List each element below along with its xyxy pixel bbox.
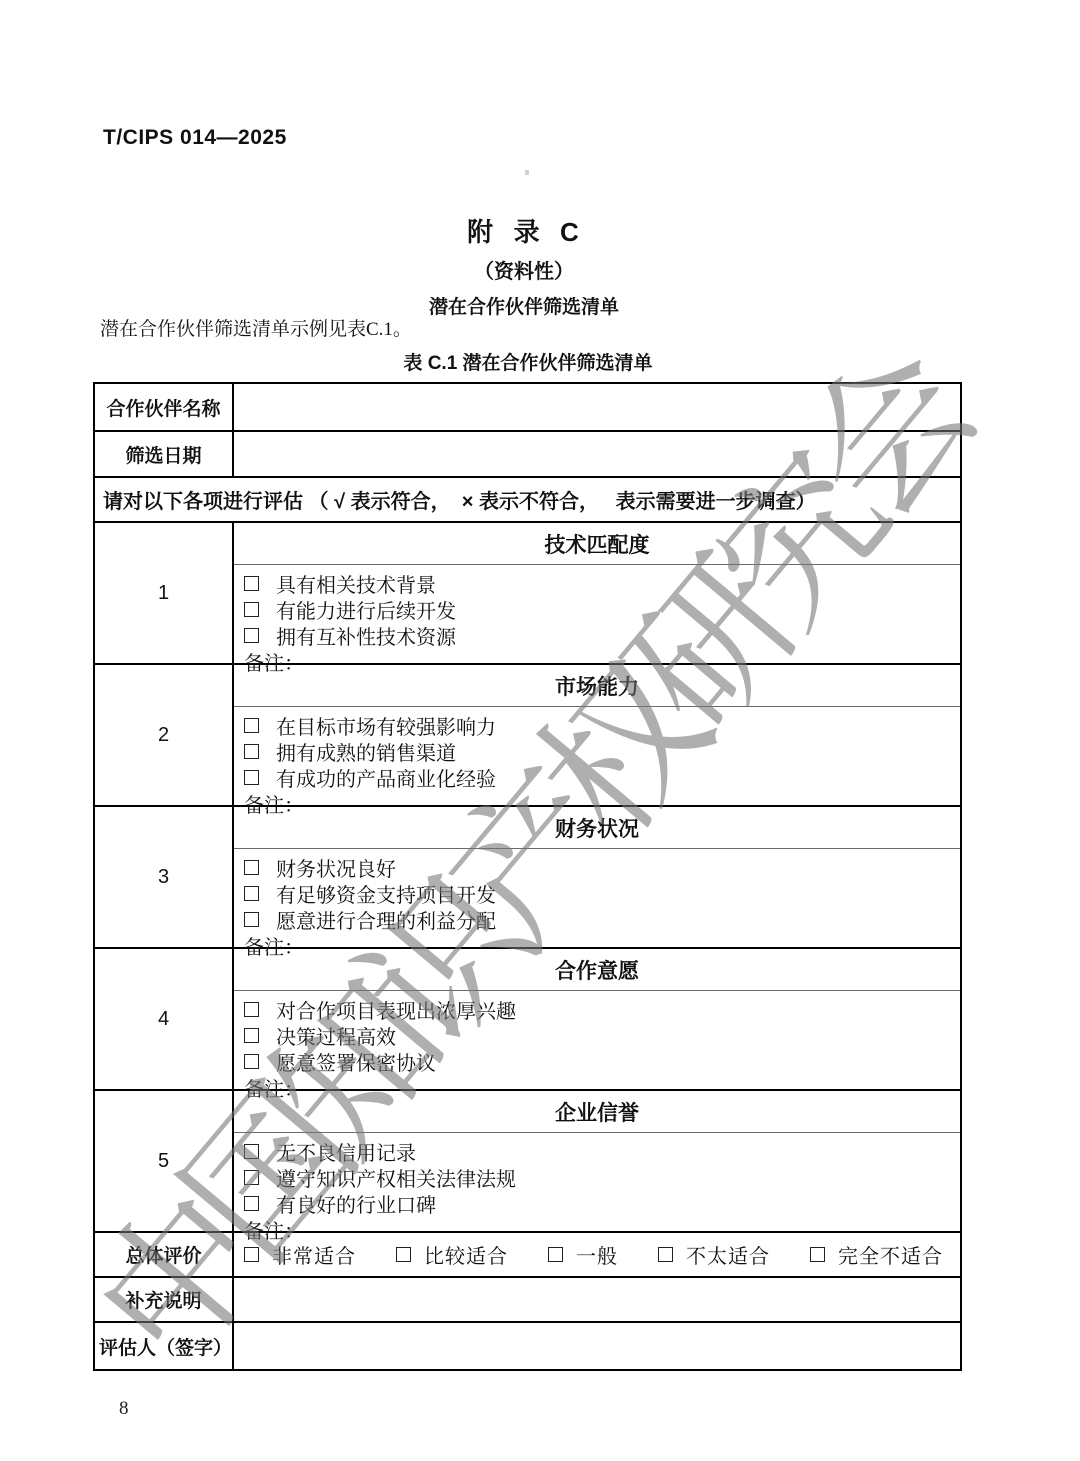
checklist-item: 拥有互补性技术资源 (244, 622, 950, 648)
evaluator-row: 评估人（签字） (95, 1323, 960, 1369)
checkbox-icon (396, 1247, 411, 1262)
section-row-1: 1 技术匹配度 具有相关技术背景 有能力进行后续开发 拥有互补性技术资源 备注： (95, 523, 960, 665)
checklist-item-label: 无不良信用记录 (276, 1137, 416, 1166)
screening-date-row: 筛选日期 (95, 432, 960, 478)
evaluator-label: 评估人（签字） (95, 1323, 234, 1369)
checklist-item-label: 遵守知识产权相关法律法规 (276, 1163, 516, 1192)
evaluator-value (234, 1323, 960, 1369)
overall-option-label: 不太适合 (686, 1240, 770, 1269)
checklist-item-label: 拥有互补性技术资源 (276, 621, 456, 650)
checklist-item: 无不良信用记录 (244, 1138, 950, 1164)
standard-number: T/CIPS 014—2025 (103, 126, 287, 150)
checklist-item: 有良好的行业口碑 (244, 1190, 950, 1216)
checkbox-icon (244, 1170, 259, 1185)
checklist-item: 决策过程高效 (244, 1022, 950, 1048)
overall-option: 比较适合 (396, 1240, 508, 1269)
checklist-item-label: 对合作项目表现出浓厚兴趣 (276, 995, 516, 1024)
section-category: 企业信誉 (234, 1091, 960, 1133)
checklist-item: 有能力进行后续开发 (244, 596, 950, 622)
section-number: 3 (95, 807, 234, 947)
checkbox-icon (244, 1196, 259, 1211)
checkbox-icon (244, 912, 259, 927)
checkbox-icon (244, 602, 259, 617)
checkbox-icon (244, 1247, 259, 1262)
checklist-item: 对合作项目表现出浓厚兴趣 (244, 996, 950, 1022)
checklist-item-label: 在目标市场有较强影响力 (276, 711, 496, 740)
checkbox-icon (658, 1247, 673, 1262)
checkbox-icon (244, 860, 259, 875)
overall-evaluation-label: 总体评价 (95, 1233, 234, 1276)
section-row-3: 3 财务状况 财务状况良好 有足够资金支持项目开发 愿意进行合理的利益分配 备注… (95, 807, 960, 949)
table-caption: 表 C.1 潜在合作伙伴筛选清单 (0, 348, 1056, 375)
overall-option: 不太适合 (658, 1240, 770, 1269)
partner-name-value (234, 384, 960, 430)
overall-option-label: 比较适合 (424, 1240, 508, 1269)
checkbox-icon (244, 744, 259, 759)
section-content: 市场能力 在目标市场有较强影响力 拥有成熟的销售渠道 有成功的产品商业化经验 备… (234, 665, 960, 805)
supplement-row: 补充说明 (95, 1278, 960, 1323)
scan-speck (525, 170, 529, 175)
section-category: 合作意愿 (234, 949, 960, 991)
checklist-item: 有足够资金支持项目开发 (244, 880, 950, 906)
checkbox-icon (244, 770, 259, 785)
section-number: 2 (95, 665, 234, 805)
supplement-label: 补充说明 (95, 1278, 234, 1321)
section-content: 企业信誉 无不良信用记录 遵守知识产权相关法律法规 有良好的行业口碑 备注： (234, 1091, 960, 1231)
screening-date-label: 筛选日期 (95, 432, 234, 476)
checklist-item-label: 愿意签署保密协议 (276, 1047, 436, 1076)
checklist-item-label: 决策过程高效 (276, 1021, 396, 1050)
section-row-4: 4 合作意愿 对合作项目表现出浓厚兴趣 决策过程高效 愿意签署保密协议 备注： (95, 949, 960, 1091)
page-number: 8 (119, 1398, 129, 1420)
checkbox-icon (244, 1028, 259, 1043)
checklist-item: 有成功的产品商业化经验 (244, 764, 950, 790)
checklist-item-label: 拥有成熟的销售渠道 (276, 737, 456, 766)
checkbox-icon (244, 576, 259, 591)
section-category: 市场能力 (234, 665, 960, 707)
checklist-item: 在目标市场有较强影响力 (244, 712, 950, 738)
section-category: 技术匹配度 (234, 523, 960, 565)
section-row-5: 5 企业信誉 无不良信用记录 遵守知识产权相关法律法规 有良好的行业口碑 备注： (95, 1091, 960, 1233)
supplement-value (234, 1278, 960, 1321)
checkbox-icon (810, 1247, 825, 1262)
checkbox-icon (244, 886, 259, 901)
checklist-item-label: 财务状况良好 (276, 853, 396, 882)
checklist-item-label: 有能力进行后续开发 (276, 595, 456, 624)
checkbox-icon (548, 1247, 563, 1262)
checklist-item-label: 具有相关技术背景 (276, 569, 436, 598)
checkbox-icon (244, 1144, 259, 1159)
checklist-item: 拥有成熟的销售渠道 (244, 738, 950, 764)
section-number: 1 (95, 523, 234, 663)
intro-paragraph: 潜在合作伙伴筛选清单示例见表C.1。 (100, 314, 412, 341)
section-body: 具有相关技术背景 有能力进行后续开发 拥有互补性技术资源 备注： (234, 565, 960, 676)
checklist-item-label: 愿意进行合理的利益分配 (276, 905, 496, 934)
instruction-text: 请对以下各项进行评估 （ √ 表示符合， × 表示不符合， 表示需要进一步调查） (95, 478, 960, 521)
checklist-item: 愿意签署保密协议 (244, 1048, 950, 1074)
overall-option: 完全不适合 (810, 1240, 943, 1269)
section-content: 技术匹配度 具有相关技术背景 有能力进行后续开发 拥有互补性技术资源 备注： (234, 523, 960, 663)
checklist-item: 财务状况良好 (244, 854, 950, 880)
section-number: 4 (95, 949, 234, 1089)
overall-option: 非常适合 (244, 1240, 356, 1269)
section-category: 财务状况 (234, 807, 960, 849)
partner-name-label: 合作伙伴名称 (95, 384, 234, 430)
checklist-item-label: 有足够资金支持项目开发 (276, 879, 496, 908)
section-number: 5 (95, 1091, 234, 1231)
overall-option-label: 完全不适合 (838, 1240, 943, 1269)
section-body: 对合作项目表现出浓厚兴趣 决策过程高效 愿意签署保密协议 备注： (234, 991, 960, 1102)
appendix-heading: 附 录 C (0, 212, 1048, 249)
checkbox-icon (244, 1054, 259, 1069)
appendix-title-block: 附 录 C （资料性） 潜在合作伙伴筛选清单 (0, 212, 1048, 319)
checklist-item: 具有相关技术背景 (244, 570, 950, 596)
overall-option: 一般 (548, 1240, 618, 1269)
section-content: 合作意愿 对合作项目表现出浓厚兴趣 决策过程高效 愿意签署保密协议 备注： (234, 949, 960, 1089)
screening-checklist-table: 合作伙伴名称 筛选日期 请对以下各项进行评估 （ √ 表示符合， × 表示不符合… (93, 382, 962, 1371)
checklist-item-label: 有良好的行业口碑 (276, 1189, 436, 1218)
partner-name-row: 合作伙伴名称 (95, 384, 960, 432)
overall-option-label: 一般 (576, 1240, 618, 1269)
section-body: 财务状况良好 有足够资金支持项目开发 愿意进行合理的利益分配 备注： (234, 849, 960, 960)
section-content: 财务状况 财务状况良好 有足够资金支持项目开发 愿意进行合理的利益分配 备注： (234, 807, 960, 947)
overall-options: 非常适合 比较适合 一般 不太适合 完全不适合 (234, 1233, 960, 1276)
section-body: 在目标市场有较强影响力 拥有成熟的销售渠道 有成功的产品商业化经验 备注： (234, 707, 960, 818)
checkbox-icon (244, 1002, 259, 1017)
section-body: 无不良信用记录 遵守知识产权相关法律法规 有良好的行业口碑 备注： (234, 1133, 960, 1244)
appendix-type: （资料性） (0, 255, 1048, 284)
checklist-item: 遵守知识产权相关法律法规 (244, 1164, 950, 1190)
overall-option-label: 非常适合 (272, 1240, 356, 1269)
checkbox-icon (244, 718, 259, 733)
document-page: T/CIPS 014—2025 附 录 C （资料性） 潜在合作伙伴筛选清单 潜… (0, 0, 1080, 1461)
overall-evaluation-row: 总体评价 非常适合 比较适合 一般 不太适合 完全不适合 (95, 1233, 960, 1278)
checklist-item-label: 有成功的产品商业化经验 (276, 763, 496, 792)
instruction-row: 请对以下各项进行评估 （ √ 表示符合， × 表示不符合， 表示需要进一步调查） (95, 478, 960, 523)
checkbox-icon (244, 628, 259, 643)
screening-date-value (234, 432, 960, 476)
checklist-item: 愿意进行合理的利益分配 (244, 906, 950, 932)
section-row-2: 2 市场能力 在目标市场有较强影响力 拥有成熟的销售渠道 有成功的产品商业化经验… (95, 665, 960, 807)
